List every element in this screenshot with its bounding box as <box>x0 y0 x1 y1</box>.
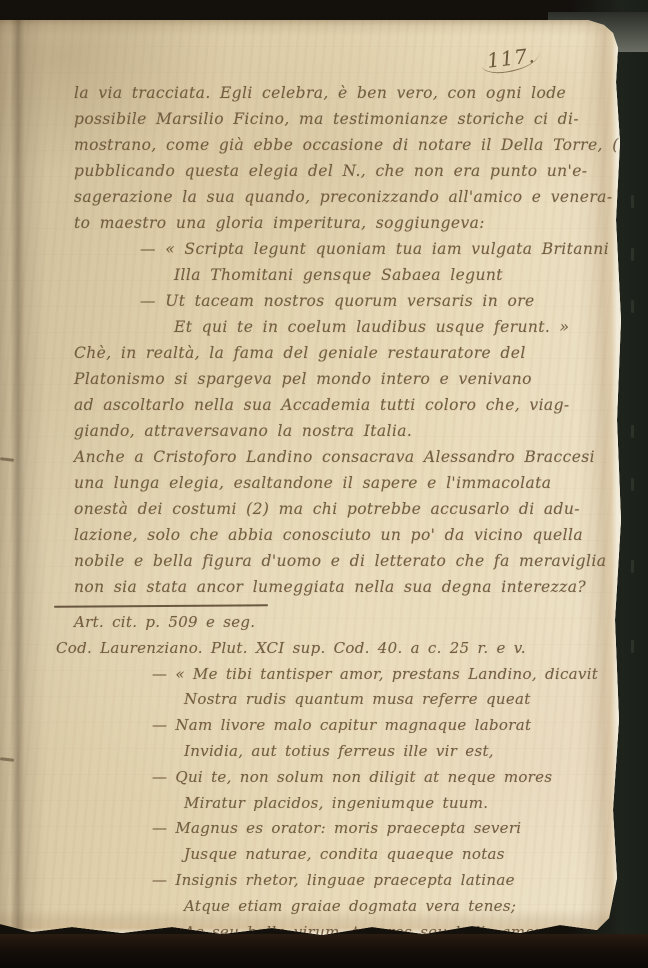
manuscript-line: giando, attraversavano la nostra Italia. <box>74 418 586 444</box>
binding-stitch-mark <box>631 560 634 573</box>
manuscript-line: Platonismo si spargeva pel mondo intero … <box>74 366 586 392</box>
latin-verse-line: Illa Thomitani gensque Sabaea legunt <box>140 262 586 288</box>
footnote-block: Art. cit. p. 509 e seg. Cod. Laurenziano… <box>56 610 596 945</box>
manuscript-line: nobile e bella figura d'uomo e di letter… <box>74 548 586 574</box>
margin-mark <box>0 457 14 462</box>
binding-stitch-mark <box>631 248 634 261</box>
main-text-block: la via tracciata. Egli celebra, è ben ve… <box>74 80 586 600</box>
manuscript-line: ad ascoltarlo nella sua Accademia tutti … <box>74 392 586 418</box>
latin-verse-line: — Ut taceam nostros quorum versaris in o… <box>140 288 586 314</box>
book-shadow-bottom <box>0 934 648 968</box>
footnote-reference: Art. cit. p. 509 e seg. <box>56 610 596 636</box>
footnote-verse-line: — Magnus es orator: moris praecepta seve… <box>56 816 596 842</box>
footnote-verse-line: Invidia, aut totius ferreus ille vir est… <box>56 739 596 765</box>
footnote-verse-line: — « Me tibi tantisper amor, prestans Lan… <box>56 662 596 688</box>
footnote-separator <box>54 604 268 607</box>
manuscript-line: sagerazione la sua quando, preconizzando… <box>74 184 586 210</box>
binding-stitch-mark <box>631 195 634 208</box>
footnote-verse-line: Nostra rudis quantum musa referre queat <box>56 687 596 713</box>
manuscript-line: una lunga elegia, esaltandone il sapere … <box>74 470 586 496</box>
manuscript-line: possibile Marsilio Ficino, ma testimonia… <box>74 106 586 132</box>
manuscript-line: la via tracciata. Egli celebra, è ben ve… <box>74 80 586 106</box>
binding-stitch-mark <box>631 478 634 491</box>
manuscript-page: 117. la via tracciata. Egli celebra, è b… <box>0 20 622 938</box>
manuscript-line: mostrano, come già ebbe occasione di not… <box>74 132 586 158</box>
latin-verse-line: Et qui te in coelum laudibus usque ferun… <box>140 314 586 340</box>
latin-verse-line: — « Scripta legunt quoniam tua iam vulga… <box>140 236 586 262</box>
footnote-verse-line: Atque etiam graiae dogmata vera tenes; <box>56 894 596 920</box>
margin-mark <box>0 757 14 762</box>
page-number: 117. <box>480 43 541 76</box>
manuscript-line: onestà dei costumi (2) ma chi potrebbe a… <box>74 496 586 522</box>
footnote-verse-line: Miratur placidos, ingeniumque tuum. <box>56 791 596 817</box>
manuscript-line: lazione, solo che abbia conosciuto un po… <box>74 522 586 548</box>
manuscript-line: Chè, in realtà, la fama del geniale rest… <box>74 340 586 366</box>
footnote-verse-line: — Insignis rhetor, linguae praecepta lat… <box>56 868 596 894</box>
binding-stitch-mark <box>631 425 634 438</box>
manuscript-line: non sia stata ancor lumeggiata nella sua… <box>74 574 586 600</box>
footnote-reference: Cod. Laurenziano. Plut. XCI sup. Cod. 40… <box>56 636 596 662</box>
binding-stitch-mark <box>631 300 634 313</box>
manuscript-line: to maestro una gloria imperitura, soggiu… <box>74 210 586 236</box>
manuscript-line: Anche a Cristoforo Landino consacrava Al… <box>74 444 586 470</box>
footnote-verse-line: — Nam livore malo capitur magnaque labor… <box>56 713 596 739</box>
footnote-verse-line: Jusque naturae, condita quaeque notas <box>56 842 596 868</box>
footnote-verse-line: — Qui te, non solum non diligit at neque… <box>56 765 596 791</box>
page-number-value: 117. <box>480 43 541 76</box>
manuscript-line: pubblicando questa elegia del N., che no… <box>74 158 586 184</box>
binding-stitch-mark <box>631 640 634 653</box>
